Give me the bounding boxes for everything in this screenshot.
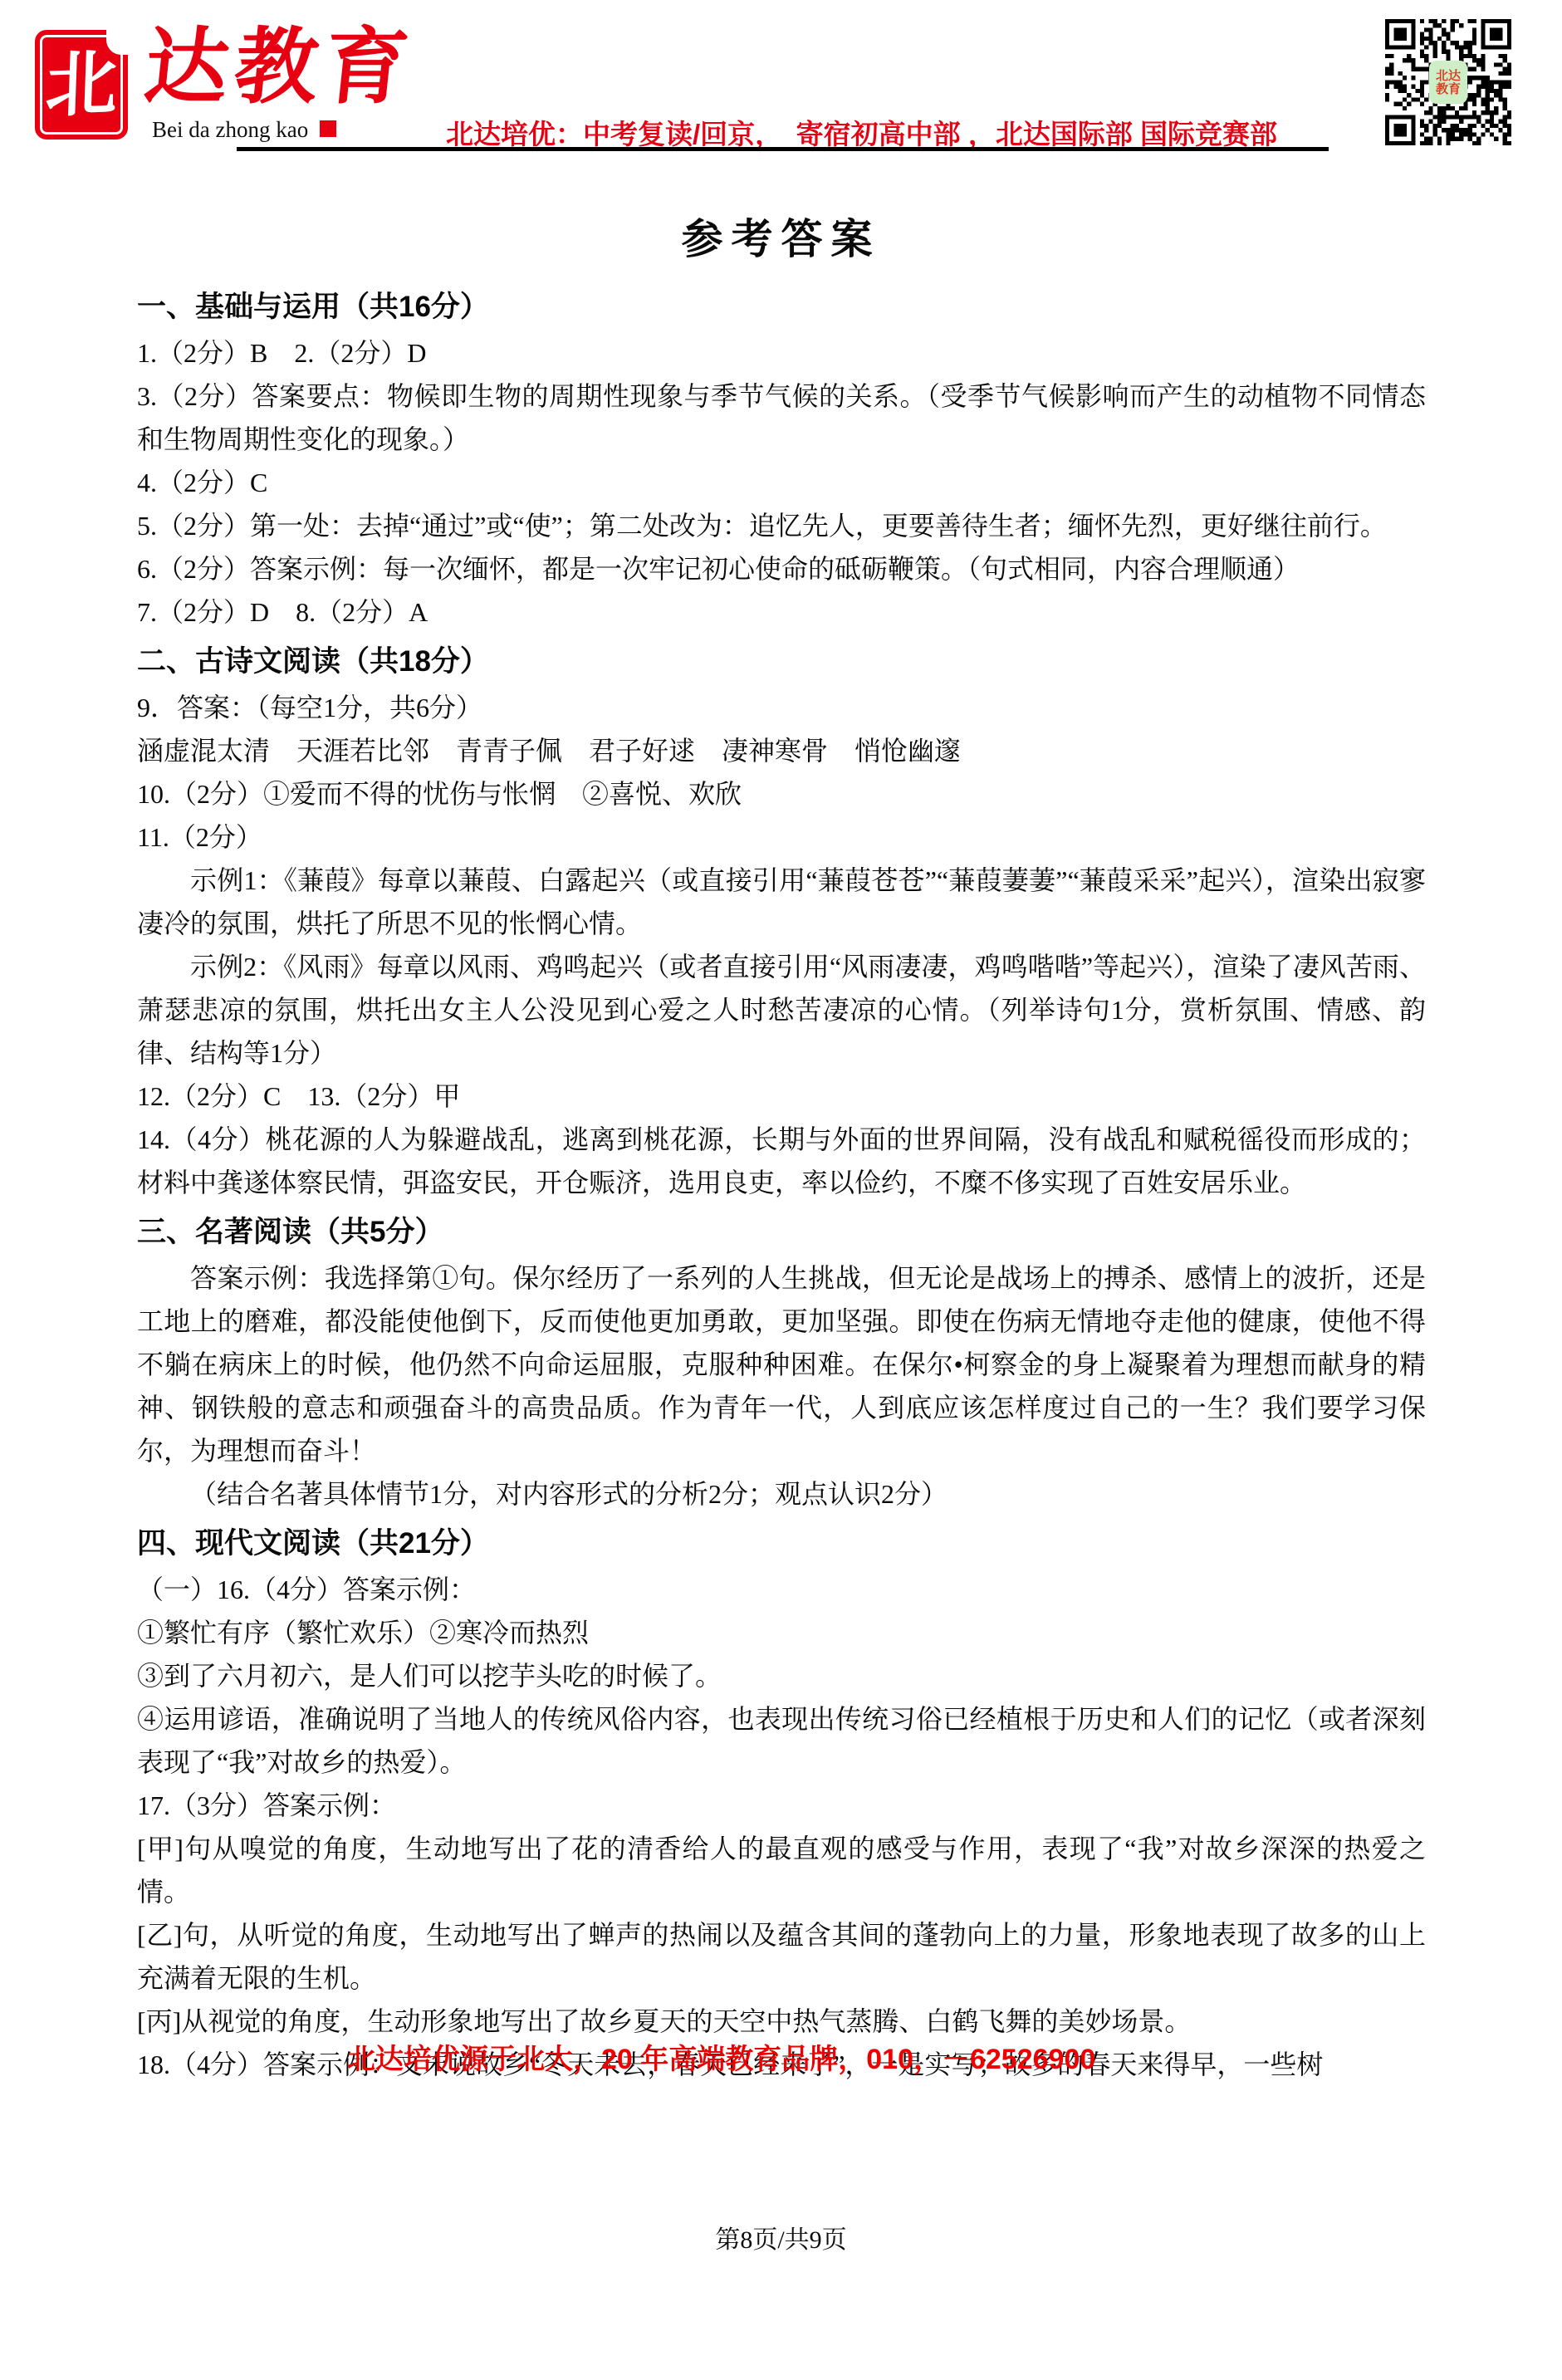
answer-paragraph: 11.（2分） bbox=[137, 815, 1426, 859]
answer-paragraph: ③到了六月初六，是人们可以挖芋头吃的时候了。 bbox=[137, 1654, 1426, 1697]
section-heading: 一、基础与运用（共16分） bbox=[137, 283, 1426, 331]
section-heading: 四、现代文阅读（共21分） bbox=[137, 1520, 1426, 1568]
answer-paragraph: 10.（2分）①爱而不得的忧伤与怅惘 ②喜悦、欢欣 bbox=[137, 772, 1426, 815]
answer-paragraph: 3.（2分）答案要点：物候即生物的周期性现象与季节气候的关系。（受季节气候影响而… bbox=[137, 375, 1426, 461]
watermark-text: 北达培优源于北大，20 年高端教育品牌，010，－62526900 bbox=[347, 2036, 1095, 2077]
header-divider-line bbox=[237, 147, 1329, 151]
answer-paragraph: 1.（2分）B 2.（2分）D bbox=[137, 331, 1426, 375]
answer-paragraph: 答案示例：我选择第①句。保尔经历了一系列的人生挑战，但无论是战场上的搏杀、感情上… bbox=[137, 1256, 1426, 1472]
red-square-icon bbox=[320, 120, 336, 137]
answer-paragraph: 涵虚混太清 天涯若比邻 青青子佩 君子好逑 凄神寒骨 悄怆幽邃 bbox=[137, 729, 1426, 772]
qr-center-badge: 北达 教育 bbox=[1429, 61, 1467, 104]
answer-paragraph: ④运用谚语，准确说明了当地人的传统风俗内容，也表现出传统习俗已经植根于历史和人们… bbox=[137, 1697, 1426, 1784]
answer-paragraph: 示例2：《风雨》每章以风雨、鸡鸣起兴（或者直接引用“风雨凄凄，鸡鸣喈喈”等起兴）… bbox=[137, 945, 1426, 1075]
qr-badge-line1: 北达 bbox=[1436, 69, 1461, 83]
qr-code: 北达 教育 bbox=[1385, 19, 1511, 145]
logo-brand-text: 达教育 bbox=[140, 23, 419, 110]
page-title: 参考答案 bbox=[0, 206, 1562, 266]
answer-paragraph: 5.（2分）第一处：去掉“通过”或“使”；第二处改为：追忆先人，更要善待生者；缅… bbox=[137, 504, 1426, 547]
qr-badge-line2: 教育 bbox=[1436, 82, 1461, 96]
logo-subtitle: Bei da zhong kao bbox=[152, 117, 336, 143]
answer-paragraph: [乙]句，从听觉的角度，生动地写出了蝉声的热闹以及蕴含其间的蓬勃向上的力量，形象… bbox=[137, 1913, 1426, 2000]
answer-paragraph: 17.（3分）答案示例： bbox=[137, 1784, 1426, 1827]
header-slogan: 北达培优：中考复读/回京， 寄宿初高中部 ，北达国际部 国际竞赛部 bbox=[446, 113, 1277, 152]
logo-seal-character: 北 bbox=[44, 48, 118, 122]
section-heading: 三、名著阅读（共5分） bbox=[137, 1208, 1426, 1256]
logo-subtitle-text: Bei da zhong kao bbox=[152, 117, 308, 142]
section-heading: 二、古诗文阅读（共18分） bbox=[137, 638, 1426, 686]
answer-paragraph: 14.（4分）桃花源的人为躲避战乱，逃离到桃花源，长期与外面的世界间隔，没有战乱… bbox=[137, 1118, 1426, 1204]
logo-seal-icon: 北 bbox=[35, 30, 128, 140]
answer-paragraph: 6.（2分）答案示例：每一次缅怀，都是一次牢记初心使命的砥砺鞭策。（句式相同，内… bbox=[137, 547, 1426, 590]
answer-paragraph: （一）16.（4分）答案示例： bbox=[137, 1568, 1426, 1611]
answer-paragraph: 7.（2分）D 8.（2分）A bbox=[137, 590, 1426, 634]
page-number-footer: 第8页/共9页 bbox=[0, 2219, 1562, 2255]
answer-paragraph: 9．答案：（每空1分，共6分） bbox=[137, 686, 1426, 729]
answer-paragraph: 示例1：《蒹葭》每章以蒹葭、白露起兴（或直接引用“蒹葭苍苍”“蒹葭萋萋”“蒹葭采… bbox=[137, 859, 1426, 945]
answer-paragraph: [甲]句从嗅觉的角度，生动地写出了花的清香给人的最直观的感受与作用，表现了“我”… bbox=[137, 1827, 1426, 1913]
document-page: 北 达教育 Bei da zhong kao 北达培优：中考复读/回京， 寄宿初… bbox=[0, 0, 1562, 2380]
answer-paragraph: （结合名著具体情节1分，对内容形式的分析2分；观点认识2分） bbox=[137, 1472, 1426, 1516]
answer-paragraph: 12.（2分）C 13.（2分）甲 bbox=[137, 1075, 1426, 1118]
answer-paragraph: 4.（2分）C bbox=[137, 461, 1426, 504]
answer-content: 一、基础与运用（共16分）1.（2分）B 2.（2分）D3.（2分）答案要点：物… bbox=[137, 279, 1426, 2086]
answer-paragraph: ①繁忙有序（繁忙欢乐）②寒冷而热烈 bbox=[137, 1611, 1426, 1654]
